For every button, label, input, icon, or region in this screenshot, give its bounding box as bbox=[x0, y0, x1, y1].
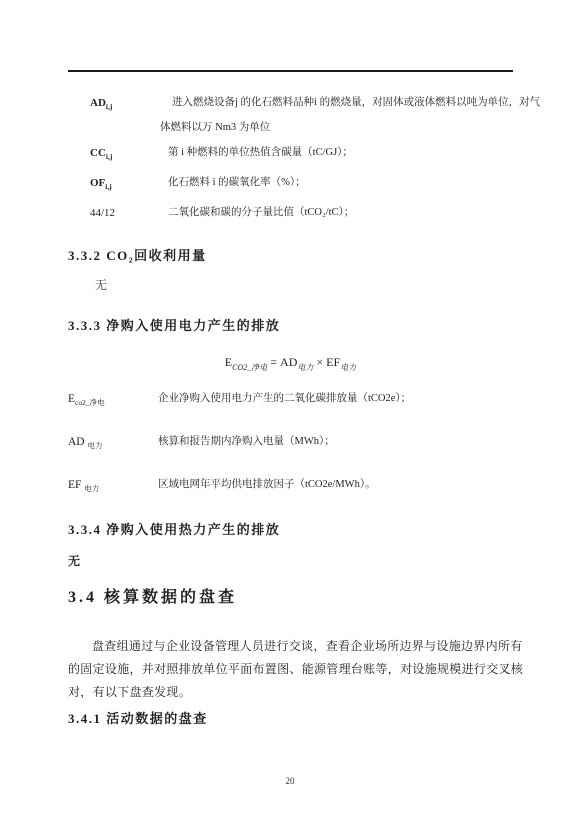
symbol-base: OF bbox=[90, 177, 105, 189]
multiply-sign: × bbox=[313, 355, 326, 369]
definition-line: 二氧化碳和碳的分子量比值（tCO₂/tC）； bbox=[160, 200, 513, 225]
formula-term2-subscript: 电力 bbox=[340, 363, 356, 372]
power-definition-list: Eco2_净电 企业净购入使用电力产生的二氧化碳排放量（tCO2e）； AD 电… bbox=[68, 392, 513, 496]
emission-formula: ECO2_净电=AD电力×EF电力 bbox=[68, 351, 513, 379]
heading-3-4-1: 3.4.1 活动数据的盘查 bbox=[68, 710, 513, 728]
symbol-ad-power: AD 电力 bbox=[68, 435, 158, 453]
formula-term1-subscript: 电力 bbox=[297, 363, 313, 372]
heading-3-3-2: 3.3.2 CO₂回收利用量 bbox=[68, 247, 513, 265]
symbol-base: CC bbox=[90, 147, 106, 159]
symbol-subscript: i,j bbox=[105, 182, 111, 191]
symbol-base: 44/12 bbox=[90, 207, 115, 219]
heading-3-4: 3.4 核算数据的盘查 bbox=[68, 587, 513, 609]
definition-row: AD 电力 核算和报告期内净购入电量（MWh）； bbox=[68, 435, 513, 453]
definition-row: Eco2_净电 企业净购入使用电力产生的二氧化碳排放量（tCO2e）； bbox=[68, 392, 513, 410]
definition-row: CCi,j 第 i 种燃料的单位热值含碳量（tC/GJ）； bbox=[68, 140, 513, 170]
symbol-base: AD bbox=[68, 436, 85, 448]
definition-text: 进入燃烧设备j 的化石燃料品种i 的燃烧量，对固体或液体燃料以吨为单位，对气 体… bbox=[160, 90, 540, 140]
symbol-subscript: co2_净电 bbox=[75, 398, 105, 407]
definition-text: 企业净购入使用电力产生的二氧化碳排放量（tCO2e）； bbox=[158, 392, 513, 410]
fuel-definition-list: ADi,j 进入燃烧设备j 的化石燃料品种i 的燃烧量，对固体或液体燃料以吨为单… bbox=[68, 90, 513, 227]
symbol-base: AD bbox=[90, 97, 106, 109]
heading-3-3-3: 3.3.3 净购入使用电力产生的排放 bbox=[68, 317, 513, 335]
page-content: ADi,j 进入燃烧设备j 的化石燃料品种i 的燃烧量，对固体或液体燃料以吨为单… bbox=[68, 0, 513, 728]
definition-text: 第 i 种燃料的单位热值含碳量（tC/GJ）； bbox=[160, 140, 513, 170]
symbol-base: E bbox=[68, 393, 75, 405]
symbol-subscript: 电力 bbox=[88, 441, 103, 450]
definition-text: 二氧化碳和碳的分子量比值（tCO₂/tC）； bbox=[160, 200, 513, 227]
definition-text: 区域电网年平均供电排放因子（tCO2e/MWh）。 bbox=[158, 478, 513, 496]
definition-text: 化石燃料 i 的碳氧化率（%）； bbox=[160, 170, 513, 200]
header-rule bbox=[68, 70, 513, 72]
paragraph-line: 的固定设施，并对照排放单位平面布置图、能源管理台账等，对设施规模进行交叉核 bbox=[68, 658, 513, 681]
formula-lhs-subscript: CO2_净电 bbox=[232, 363, 267, 372]
formula-term2-base: EF bbox=[326, 355, 340, 369]
heading-3-3-4: 3.3.4 净购入使用热力产生的排放 bbox=[68, 521, 513, 539]
symbol-e-co2-net: Eco2_净电 bbox=[68, 392, 158, 410]
definition-row: ADi,j 进入燃烧设备j 的化石燃料品种i 的燃烧量，对固体或液体燃料以吨为单… bbox=[68, 90, 513, 140]
symbol-ad-ij: ADi,j bbox=[90, 90, 160, 140]
symbol-subscript: 电力 bbox=[84, 484, 99, 493]
definition-line: 进入燃烧设备j 的化石燃料品种i 的燃烧量，对固体或液体燃料以吨为单位，对气 bbox=[160, 90, 540, 115]
symbol-cc-ij: CCi,j bbox=[90, 140, 160, 170]
definition-row: OFi,j 化石燃料 i 的碳氧化率（%）； bbox=[68, 170, 513, 200]
definition-row: EF 电力 区域电网年平均供电排放因子（tCO2e/MWh）。 bbox=[68, 478, 513, 496]
symbol-subscript: i,j bbox=[106, 152, 112, 161]
definition-line: 化石燃料 i 的碳氧化率（%）； bbox=[160, 170, 513, 195]
section-body-none: 无 bbox=[68, 554, 513, 568]
paragraph-line: 对，有以下盘查发现。 bbox=[68, 681, 513, 704]
body-paragraph: 盘查组通过与企业设备管理人员进行交谈，查看企业场所边界与设施边界内所有 的固定设… bbox=[68, 635, 513, 704]
page-number: 20 bbox=[0, 776, 580, 786]
equals-sign: = bbox=[267, 355, 280, 369]
symbol-of-ij: OFi,j bbox=[90, 170, 160, 200]
paragraph-line: 盘查组通过与企业设备管理人员进行交谈，查看企业场所边界与设施边界内所有 bbox=[68, 635, 513, 658]
definition-line: 体燃料以万 Nm3 为单位 bbox=[160, 115, 540, 140]
symbol-subscript: i,j bbox=[106, 102, 112, 111]
definition-line: 第 i 种燃料的单位热值含碳量（tC/GJ）； bbox=[160, 140, 513, 165]
document-page: ADi,j 进入燃烧设备j 的化石燃料品种i 的燃烧量，对固体或液体燃料以吨为单… bbox=[0, 0, 580, 820]
symbol-ef-power: EF 电力 bbox=[68, 478, 158, 496]
symbol-44-12: 44/12 bbox=[90, 200, 160, 227]
section-body-none: 无 bbox=[95, 278, 513, 292]
formula-term1-base: AD bbox=[280, 355, 297, 369]
definition-row: 44/12 二氧化碳和碳的分子量比值（tCO₂/tC）； bbox=[68, 200, 513, 227]
symbol-base: EF bbox=[68, 479, 81, 491]
definition-text: 核算和报告期内净购入电量（MWh）； bbox=[158, 435, 513, 453]
